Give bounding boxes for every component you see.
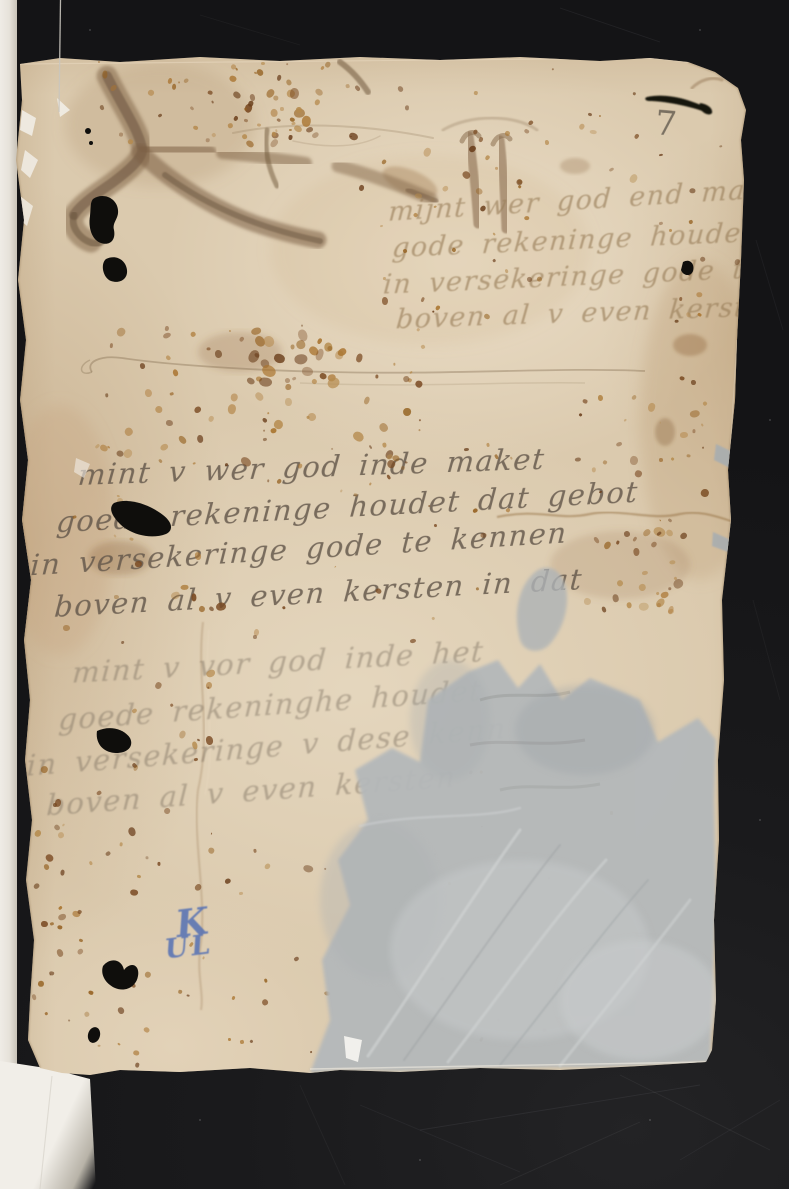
foxing-speck xyxy=(246,376,256,385)
foxing-speck xyxy=(130,982,137,989)
board-scratch xyxy=(360,1105,520,1172)
foxing-speck xyxy=(246,348,261,364)
foxing-speck xyxy=(479,1037,484,1043)
foxing-speck xyxy=(592,467,596,473)
foxing-speck xyxy=(254,628,260,636)
foxing-speck xyxy=(193,405,202,414)
foxing-speck xyxy=(253,635,257,639)
foxing-speck xyxy=(654,597,666,609)
foxing-speck xyxy=(53,823,61,831)
foxing-speck xyxy=(320,65,325,70)
foxing-speck xyxy=(247,100,254,108)
foxing-speck xyxy=(689,410,700,419)
foxing-speck xyxy=(434,853,436,855)
foxing-speck xyxy=(207,348,211,351)
foxing-speck xyxy=(668,518,673,523)
foxing-speck xyxy=(265,87,276,98)
foxing-speck xyxy=(178,81,181,84)
foxing-speck xyxy=(187,995,190,997)
foxing-speck xyxy=(642,528,652,538)
foxing-speck xyxy=(552,68,555,70)
foxing-speck xyxy=(473,91,478,96)
foxing-speck xyxy=(136,874,140,878)
foxing-speck xyxy=(679,376,685,381)
foxing-speck xyxy=(345,84,350,89)
foxing-speck xyxy=(102,71,108,79)
foxing-speck xyxy=(667,605,675,615)
foxing-speck xyxy=(289,128,292,131)
foxing-speck xyxy=(324,990,331,995)
foxing-speck xyxy=(232,90,242,99)
foxing-speck xyxy=(306,416,309,419)
foxing-speck xyxy=(334,566,337,569)
board-scratch xyxy=(560,8,660,42)
foxing-speck xyxy=(205,138,209,142)
foxing-speck xyxy=(402,376,410,384)
foxing-speck xyxy=(376,375,379,379)
foxing-speck xyxy=(255,68,264,77)
foxing-speck xyxy=(407,378,412,383)
board-scratch xyxy=(753,600,780,700)
foxing-speck xyxy=(314,87,324,97)
foxing-speck xyxy=(440,978,444,981)
foxing-speck xyxy=(32,882,40,890)
foxing-speck xyxy=(41,921,48,928)
foxing-speck xyxy=(326,346,332,351)
foxing-speck xyxy=(254,71,258,74)
foxing-speck xyxy=(261,62,265,65)
foxing-speck xyxy=(327,374,337,383)
foxing-speck xyxy=(272,418,284,430)
foxing-speck xyxy=(616,540,620,544)
foxing-speck xyxy=(162,332,171,340)
foxing-speck xyxy=(590,130,597,135)
foxing-speck xyxy=(326,377,340,390)
foxing-speck xyxy=(659,422,661,424)
foxing-speck xyxy=(380,159,386,166)
foxing-speck xyxy=(169,391,174,395)
foxing-speck xyxy=(578,412,582,416)
foxing-speck xyxy=(409,371,413,375)
foxing-speck xyxy=(229,330,231,332)
foxing-speck xyxy=(544,140,549,145)
foxing-speck xyxy=(485,154,491,160)
foxing-speck xyxy=(543,1029,547,1032)
foxing-speck xyxy=(478,136,483,142)
foxing-speck xyxy=(129,889,138,897)
foxing-speck xyxy=(117,1043,120,1046)
foxing-speck xyxy=(295,354,309,365)
board-scratch xyxy=(420,1085,700,1130)
foxing-speck xyxy=(273,96,278,101)
foxing-speck xyxy=(633,548,640,557)
foxing-speck xyxy=(324,868,327,871)
foxing-speck xyxy=(668,587,672,590)
foxing-speck xyxy=(307,412,316,421)
foxing-speck xyxy=(246,139,256,148)
foxing-speck xyxy=(593,536,600,544)
foxing-speck xyxy=(292,376,297,381)
foxing-speck xyxy=(211,101,214,105)
library-stamp: K UL xyxy=(160,903,215,963)
foxing-speck xyxy=(624,531,631,538)
foxing-speck xyxy=(230,63,237,70)
foxing-speck xyxy=(193,125,199,130)
foxing-speck xyxy=(267,412,269,415)
foxing-speck xyxy=(422,147,432,158)
foxing-speck xyxy=(271,132,279,139)
dust-speck xyxy=(759,819,761,821)
foxing-speck xyxy=(134,1062,139,1068)
dust-speck xyxy=(89,29,91,31)
foxing-speck xyxy=(301,324,303,327)
foxing-speck xyxy=(289,135,293,141)
foxing-speck xyxy=(658,519,661,522)
foxing-speck xyxy=(224,877,232,884)
foxing-speck xyxy=(647,402,657,413)
foxing-speck xyxy=(157,862,161,866)
dust-speck xyxy=(769,419,771,421)
foxing-speck xyxy=(679,432,687,439)
foxing-speck xyxy=(262,437,267,441)
foxing-speck xyxy=(99,105,104,111)
foxing-speck xyxy=(270,427,277,433)
foxing-speck xyxy=(631,395,638,402)
foxing-speck xyxy=(432,617,436,621)
pen-flourish-line xyxy=(82,357,645,385)
foxing-speck xyxy=(303,865,314,874)
foxing-speck xyxy=(259,357,271,369)
foxing-speck xyxy=(231,995,235,1000)
foxing-speck xyxy=(378,421,389,433)
foxing-speck xyxy=(516,178,523,185)
foxing-speck xyxy=(127,138,134,145)
foxing-speck xyxy=(308,345,320,357)
foxing-speck xyxy=(285,383,292,390)
dust-speck xyxy=(419,1159,421,1161)
foxing-speck xyxy=(290,344,294,349)
foxing-speck xyxy=(58,913,68,921)
white-backing-strip xyxy=(0,0,17,1189)
foxing-speck xyxy=(319,372,328,381)
foxing-speck xyxy=(602,460,608,465)
foxing-speck xyxy=(311,131,319,139)
board-scratch xyxy=(300,1085,345,1185)
foxing-speck xyxy=(250,327,262,337)
foxing-speck xyxy=(250,1039,254,1043)
foxing-speck xyxy=(294,956,300,962)
foxing-speck xyxy=(397,85,404,92)
tissue-wrinkles xyxy=(360,808,690,1066)
foxing-speck xyxy=(110,343,114,348)
foxing-speck xyxy=(285,79,292,87)
white-backing-corner xyxy=(0,1055,110,1189)
foxing-speck xyxy=(659,153,663,156)
foxing-speck xyxy=(190,106,195,111)
board-scratch xyxy=(200,15,300,45)
foxing-speck xyxy=(616,579,625,588)
foxing-speck xyxy=(63,625,70,631)
foxing-speck xyxy=(421,344,426,349)
foxing-speck xyxy=(495,167,498,170)
foxing-speck xyxy=(45,852,55,862)
board-scratch xyxy=(500,1122,640,1185)
foxing-speck xyxy=(118,132,122,136)
dust-speck xyxy=(649,1119,651,1121)
foxing-speck xyxy=(524,128,530,134)
foxing-speck xyxy=(257,123,262,127)
foxing-speck xyxy=(205,682,213,691)
foxing-speck xyxy=(703,401,708,406)
foxing-speck xyxy=(316,338,322,345)
foxing-speck xyxy=(469,770,473,775)
foxing-speck xyxy=(167,77,173,84)
foxing-speck xyxy=(419,419,422,422)
foxing-speck xyxy=(610,811,613,814)
foxing-speck xyxy=(601,607,606,614)
foxing-speck xyxy=(228,1038,231,1041)
foxing-speck xyxy=(144,388,153,397)
foxing-speck xyxy=(301,116,311,128)
foxing-speck xyxy=(68,1019,71,1022)
foxing-speck xyxy=(190,331,197,338)
foxing-speck xyxy=(468,144,477,153)
foxing-speck xyxy=(227,403,237,415)
foxing-speck xyxy=(504,130,511,137)
dust-speck xyxy=(699,29,701,31)
foxing-speck xyxy=(356,353,364,363)
foxing-speck xyxy=(276,118,281,123)
foxing-speck xyxy=(686,454,690,457)
foxing-speck xyxy=(147,89,155,97)
foxing-speck xyxy=(207,90,213,96)
foxing-speck xyxy=(657,531,662,536)
foxing-speck xyxy=(670,458,674,462)
foxing-speck xyxy=(379,225,383,228)
foxing-speck xyxy=(228,74,237,82)
foxing-speck xyxy=(264,429,266,432)
foxing-speck xyxy=(310,1050,313,1053)
foxing-speck xyxy=(275,129,277,132)
foxing-speck xyxy=(77,909,82,914)
foxing-speck xyxy=(284,378,290,384)
foxing-speck xyxy=(272,352,286,364)
foxing-speck xyxy=(700,488,710,498)
foxing-speck xyxy=(57,831,65,839)
foxing-speck xyxy=(286,88,297,99)
foxing-speck xyxy=(172,84,176,90)
foxing-speck xyxy=(623,418,626,421)
foxing-speck xyxy=(674,576,678,580)
foxing-speck xyxy=(177,435,187,445)
foxing-speck xyxy=(350,136,352,137)
foxing-speck xyxy=(259,363,277,380)
foxing-speck xyxy=(164,354,171,361)
foxing-speck xyxy=(515,178,524,187)
foxing-speck xyxy=(244,119,248,123)
foxing-speck xyxy=(234,115,240,121)
foxing-speck xyxy=(667,607,675,615)
foxing-speck xyxy=(369,482,372,485)
foxing-speck xyxy=(43,863,50,870)
foxing-speck xyxy=(476,955,480,959)
foxing-speck xyxy=(291,122,295,125)
foxing-speck xyxy=(253,849,257,853)
foxing-speck xyxy=(98,61,101,63)
foxing-speck xyxy=(701,424,704,427)
foxing-speck xyxy=(394,363,396,366)
foxing-speck xyxy=(702,446,704,449)
foxing-speck xyxy=(115,326,127,338)
foxing-speck xyxy=(650,541,658,549)
foxing-speck xyxy=(38,981,44,987)
foxing-speck xyxy=(285,398,291,406)
foxing-speck xyxy=(337,347,348,357)
foxing-speck xyxy=(244,103,254,114)
foxing-speck xyxy=(260,998,269,1007)
foxing-speck xyxy=(661,591,670,599)
foxing-speck xyxy=(627,602,633,609)
foxing-speck xyxy=(296,328,309,342)
foxing-speck xyxy=(34,829,43,838)
foxing-speck xyxy=(313,99,320,107)
foxing-speck xyxy=(117,495,120,498)
foxing-speck xyxy=(664,529,674,538)
foxing-speck xyxy=(616,441,623,447)
foxing-speck xyxy=(117,1006,126,1015)
foxing-speck xyxy=(76,948,83,955)
foxing-speck xyxy=(249,94,256,102)
foxing-speck xyxy=(239,1039,243,1044)
foxing-speck xyxy=(50,972,55,976)
foxing-speck xyxy=(442,185,450,193)
foxing-speck xyxy=(639,603,649,611)
foxing-speck xyxy=(127,826,137,837)
foxing-speck xyxy=(99,443,108,452)
foxing-speck xyxy=(60,869,65,875)
foxing-speck xyxy=(244,107,248,111)
dust-speck xyxy=(199,1119,201,1121)
foxing-speck xyxy=(641,570,648,576)
foxing-speck xyxy=(50,922,55,926)
foxing-speck xyxy=(656,602,660,606)
foxing-speck xyxy=(294,109,305,118)
foxing-speck xyxy=(634,133,640,139)
foxing-speck xyxy=(208,415,215,422)
foxing-speck xyxy=(351,429,365,443)
foxing-speck xyxy=(89,861,93,865)
foxing-speck xyxy=(289,88,299,100)
foxing-speck xyxy=(271,131,277,137)
foxing-speck xyxy=(638,583,647,592)
photograph-backdrop: mijnt wer god end ma gode rekeninge houd… xyxy=(0,0,789,1189)
foxing-speck xyxy=(211,132,216,137)
foxing-speck xyxy=(215,349,222,357)
foxing-speck xyxy=(655,592,659,596)
foxing-speck xyxy=(311,378,317,384)
foxing-speck xyxy=(238,891,242,894)
board-scratch xyxy=(756,240,783,330)
foxing-speck xyxy=(359,184,366,192)
foxing-speck xyxy=(598,395,603,401)
foxing-speck xyxy=(334,350,344,361)
foxing-speck xyxy=(227,122,233,128)
foxing-speck xyxy=(582,398,588,404)
foxing-speck xyxy=(481,825,483,827)
foxing-speck xyxy=(363,396,371,405)
foxing-speck xyxy=(145,971,153,979)
foxing-speck xyxy=(158,113,163,117)
foxing-speck xyxy=(264,978,268,982)
foxing-speck xyxy=(324,61,332,69)
foxing-speck xyxy=(197,435,204,444)
foxing-speck xyxy=(105,394,108,398)
foxing-speck xyxy=(263,863,271,871)
foxing-speck xyxy=(632,536,637,542)
foxing-speck xyxy=(417,429,420,432)
foxing-speck xyxy=(587,112,592,116)
foxing-speck xyxy=(87,990,93,995)
foxing-speck xyxy=(172,369,179,377)
foxing-speck xyxy=(659,458,664,462)
foxing-speck xyxy=(295,107,302,113)
foxing-speck xyxy=(259,377,273,388)
foxing-speck xyxy=(527,120,534,126)
foxing-speck xyxy=(270,108,278,117)
foxing-speck xyxy=(471,128,478,135)
foxing-speck xyxy=(183,77,190,83)
foxing-speck xyxy=(94,443,100,449)
foxing-speck xyxy=(575,458,581,462)
foxing-speck xyxy=(719,145,723,148)
foxing-speck xyxy=(314,348,325,362)
foxing-speck xyxy=(158,443,168,453)
library-stamp-line2: UL xyxy=(164,933,215,963)
foxing-speck xyxy=(612,594,620,603)
foxing-speck xyxy=(121,641,125,645)
foxing-speck xyxy=(145,856,148,859)
foxing-speck xyxy=(652,525,666,538)
foxing-speck xyxy=(448,882,451,885)
foxing-speck xyxy=(58,906,63,911)
foxing-speck xyxy=(239,336,245,342)
foxing-speck xyxy=(461,170,472,181)
foxing-speck xyxy=(57,925,63,930)
foxing-speck xyxy=(124,427,135,438)
foxing-speck xyxy=(154,405,162,413)
foxing-speck xyxy=(608,167,614,172)
foxing-speck xyxy=(98,1044,101,1047)
foxing-speck xyxy=(479,771,483,775)
foxing-speck xyxy=(602,540,612,550)
foxing-speck xyxy=(323,343,332,353)
foxing-speck xyxy=(55,948,63,957)
foxing-speck xyxy=(71,910,81,918)
foxing-speck xyxy=(692,430,695,434)
foxing-speck xyxy=(286,62,288,65)
foxing-speck xyxy=(105,851,111,857)
foxing-speck xyxy=(84,1012,90,1018)
foxing-speck xyxy=(295,339,306,350)
foxing-speck xyxy=(262,335,275,349)
foxing-speck xyxy=(106,446,110,450)
foxing-speck xyxy=(142,1026,149,1033)
foxing-speck xyxy=(255,376,263,383)
board-scratch xyxy=(620,1075,770,1150)
foxing-speck xyxy=(254,391,265,403)
foxing-speck xyxy=(679,532,688,541)
foxing-speck xyxy=(578,123,585,130)
